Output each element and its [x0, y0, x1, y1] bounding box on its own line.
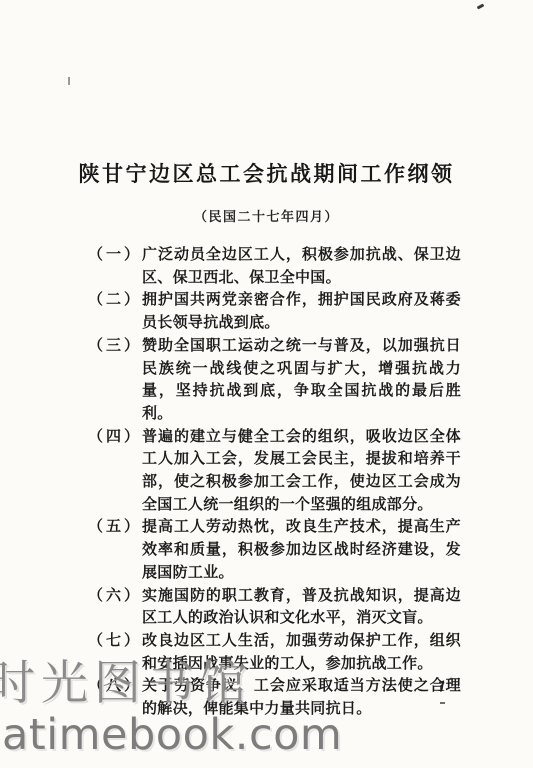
item-marker: （一）: [88, 243, 142, 266]
item-marker: （六）: [88, 584, 142, 607]
item-text: 实施国防的职工教育，普及抗战知识，提高边区工人的政治认识和文化水平，消灭文盲。: [142, 584, 461, 629]
item-marker: （三）: [88, 334, 142, 357]
item-marker: （五）: [88, 515, 142, 538]
document-title: 陕甘宁边区总工会抗战期间工作纲领: [0, 158, 533, 188]
list-item: （三） 赞助全国职工运动之统一与普及，以加强抗日民族统一战线使之巩固与扩大，增强…: [88, 334, 461, 425]
item-marker: （四）: [88, 425, 142, 448]
list-item: （一） 广泛动员全边区工人，积极参加抗战、保卫边区、保卫西北、保卫全中国。: [88, 243, 461, 288]
scan-speck: [68, 77, 70, 85]
scanned-document-page: 陕甘宁边区总工会抗战期间工作纲领 （民国二十七年四月） （一） 广泛动员全边区工…: [0, 0, 533, 768]
item-text: 赞助全国职工运动之统一与普及，以加强抗日民族统一战线使之巩固与扩大，增强抗战力量…: [142, 334, 461, 425]
scan-speck: [440, 702, 445, 704]
scan-speck: [477, 4, 485, 10]
list-item: （二） 拥护国共两党亲密合作，拥护国民政府及蒋委员长领导抗战到底。: [88, 288, 461, 333]
list-item: （四） 普遍的建立与健全工会的组织，吸收边区全体工人加入工会，发展工会民主，提拔…: [88, 425, 461, 516]
item-text: 普遍的建立与健全工会的组织，吸收边区全体工人加入工会，发展工会民主，提拔和培养干…: [142, 425, 461, 516]
list-item: （六） 实施国防的职工教育，普及抗战知识，提高边区工人的政治认识和文化水平，消灭…: [88, 584, 461, 629]
watermark-site-url: atimebook.com: [2, 710, 342, 760]
document-subtitle: （民国二十七年四月）: [0, 206, 533, 225]
item-text: 提高工人劳动热忱，改良生产技术，提高生产效率和质量，积极参加边区战时经济建设，发…: [142, 515, 461, 583]
item-text: 广泛动员全边区工人，积极参加抗战、保卫边区、保卫西北、保卫全中国。: [142, 243, 461, 288]
item-text: 拥护国共两党亲密合作，拥护国民政府及蒋委员长领导抗战到底。: [142, 288, 461, 333]
list-item: （五） 提高工人劳动热忱，改良生产技术，提高生产效率和质量，积极参加边区战时经济…: [88, 515, 461, 583]
watermark-library-name: 时光图书馆: [0, 646, 253, 713]
page-number: 1: [438, 678, 446, 696]
item-marker: （二）: [88, 288, 142, 311]
